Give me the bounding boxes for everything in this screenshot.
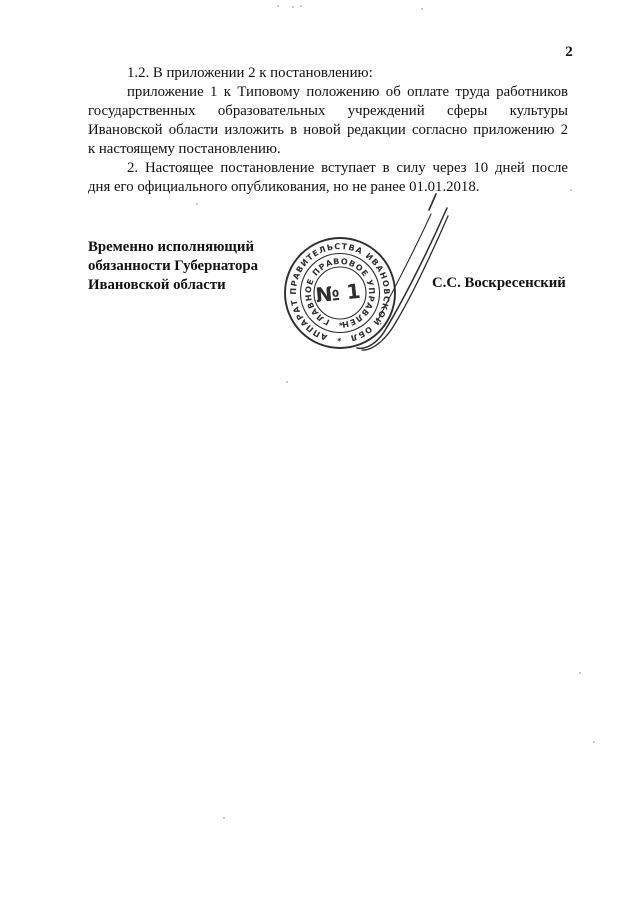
scan-speck bbox=[579, 672, 581, 674]
stamp-star-icon: * bbox=[337, 336, 343, 346]
text-line: Ивановской области изложить в новой реда… bbox=[88, 121, 568, 140]
scan-speck bbox=[223, 817, 225, 819]
document-page: { "page": { "number": "2" }, "document":… bbox=[0, 0, 640, 905]
official-stamp-and-signature: АППАРАТ ПРАВИТЕЛЬСТВА ИВАНОВСКОЙ ОБЛАСТИ… bbox=[250, 172, 490, 372]
scan-speck bbox=[277, 5, 279, 7]
scan-speck bbox=[286, 381, 288, 383]
text-line: государственных образовательных учрежден… bbox=[88, 102, 568, 121]
stamp-number-text: № 1 bbox=[314, 279, 361, 308]
page-number: 2 bbox=[561, 44, 577, 61]
text-line: приложение 1 к Типовому положению об опл… bbox=[88, 83, 568, 102]
text-line: к настоящему постановлению. bbox=[88, 140, 568, 159]
scan-speck bbox=[570, 189, 572, 191]
scan-speck bbox=[196, 203, 198, 205]
text-line: 1.2. В приложении 2 к постановлению: bbox=[88, 64, 568, 83]
scan-speck bbox=[593, 741, 595, 743]
scan-speck bbox=[300, 5, 302, 7]
scan-speck bbox=[292, 6, 294, 8]
scan-speck bbox=[421, 8, 423, 10]
